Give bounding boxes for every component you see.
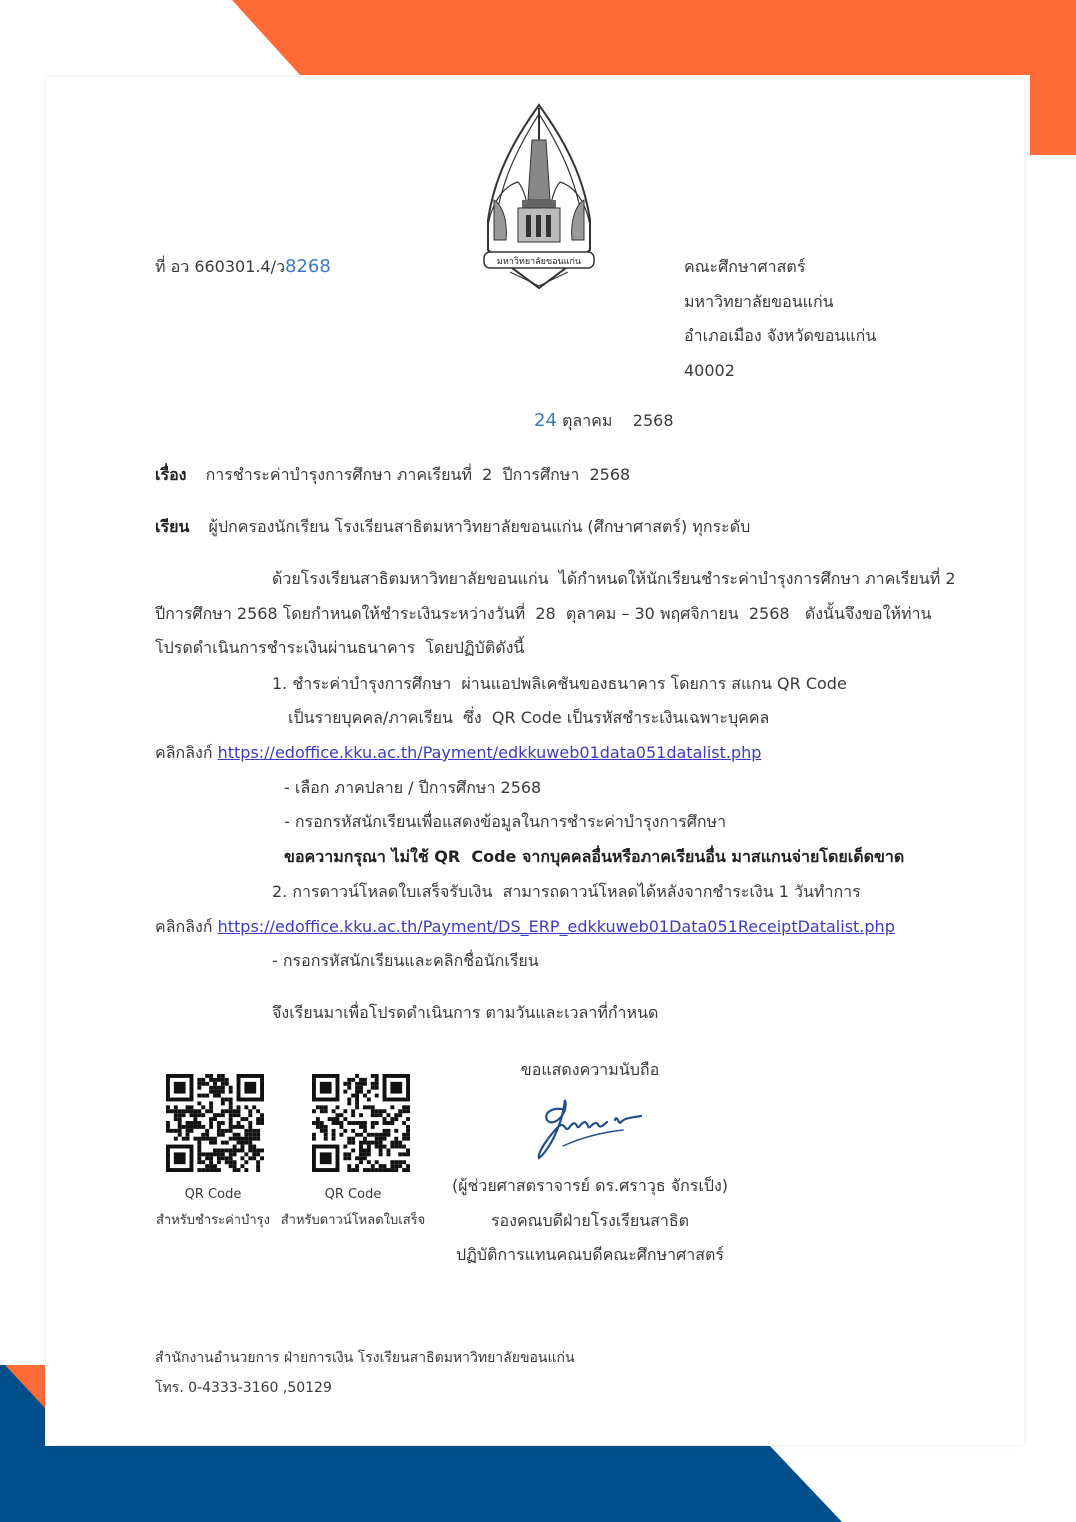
payment-link[interactable]: https://edoffice.kku.ac.th/Payment/edkku…: [218, 743, 762, 762]
step-select-semester: - เลือก ภาคปลาย / ปีการศึกษา 2568: [284, 778, 541, 798]
step-enter-student-id: - กรอกรหัสนักเรียนเพื่อแสดงข้อมูลในการชำ…: [284, 812, 726, 832]
qr-title: QR Code: [148, 1186, 278, 1204]
address-line: อำเภอเมือง จังหวัดขอนแก่น: [684, 326, 876, 346]
subject-label: เรื่อง: [155, 465, 186, 484]
receipt-link-line: คลิกลิงก์ https://edoffice.kku.ac.th/Pay…: [155, 917, 895, 937]
body-paragraph-line: โปรดดำเนินการชำระเงินผ่านธนาคาร โดยปฏิบั…: [155, 638, 524, 658]
click-link-label: คลิกลิงก์: [155, 743, 213, 762]
signatory-name: (ผู้ช่วยศาสตราจารย์ ดร.ศราวุธ จักรเป็ง): [440, 1176, 740, 1196]
click-link-label: คลิกลิงก์: [155, 917, 213, 936]
payment-qr-code[interactable]: [161, 1074, 269, 1172]
footer-phone: โทร. 0-4333-3160 ,50129: [155, 1378, 332, 1398]
date-month-year: ตุลาคม 2568: [562, 411, 674, 430]
address-line: 40002: [684, 361, 735, 381]
reference-prefix: ที่ อว 660301.4/ว: [155, 257, 285, 276]
recipient-label: เรียน: [155, 517, 189, 536]
reference-number: ที่ อว 660301.4/ว8268: [155, 257, 331, 277]
qr-title: QR Code: [280, 1186, 426, 1204]
receipt-qr-code[interactable]: [307, 1074, 415, 1172]
reference-number-value: 8268: [285, 256, 331, 277]
body-paragraph-line: ปีการศึกษา 2568 โดยกำหนดให้ชำระเงินระหว่…: [155, 604, 931, 624]
svg-text:มหาวิทยาลัยขอนแก่น: มหาวิทยาลัยขอนแก่น: [497, 256, 581, 267]
qr-description: สำหรับชำระค่าบำรุง: [148, 1212, 278, 1230]
warning-text: ขอความกรุณา ไม่ใช้ QR Code จากบุคคลอื่นห…: [284, 847, 904, 867]
recipient-line: เรียน ผู้ปกครองนักเรียน โรงเรียนสาธิตมหา…: [155, 517, 750, 537]
signatory-acting-position: ปฏิบัติการแทนคณบดีคณะศึกษาศาสตร์: [440, 1245, 740, 1265]
qr-caption-receipt: QR Code สำหรับดาวน์โหลดใบเสร็จ: [280, 1186, 426, 1230]
subject-text: การชำระค่าบำรุงการศึกษา ภาคเรียนที่ 2 ปี…: [206, 465, 631, 484]
footer-office: สำนักงานอำนวยการ ฝ่ายการเงิน โรงเรียนสาธ…: [155, 1348, 575, 1368]
instruction-item-1: 1. ชำระค่าบำรุงการศึกษา ผ่านแอปพลิเคชันข…: [272, 674, 847, 694]
step-enter-student-id-receipt: - กรอกรหัสนักเรียนและคลิกชื่อนักเรียน: [272, 951, 539, 971]
recipient-text: ผู้ปกครองนักเรียน โรงเรียนสาธิตมหาวิทยาล…: [208, 517, 750, 536]
body-paragraph-line: ด้วยโรงเรียนสาธิตมหาวิทยาลัยขอนแก่น ได้ก…: [272, 569, 956, 589]
payment-link-line: คลิกลิงก์ https://edoffice.kku.ac.th/Pay…: [155, 743, 761, 763]
address-line: มหาวิทยาลัยขอนแก่น: [684, 292, 834, 312]
signatory-position: รองคณบดีฝ่ายโรงเรียนสาธิต: [440, 1211, 740, 1231]
qr-caption-payment: QR Code สำหรับชำระค่าบำรุง: [148, 1186, 278, 1230]
instruction-item-2: 2. การดาวน์โหลดใบเสร็จรับเงิน สามารถดาวน…: [272, 882, 861, 902]
date-day: 24: [534, 410, 557, 431]
receipt-link[interactable]: https://edoffice.kku.ac.th/Payment/DS_ER…: [218, 917, 895, 936]
university-logo: มหาวิทยาลัยขอนแก่น: [480, 100, 598, 290]
salutation: ขอแสดงความนับถือ: [460, 1060, 720, 1080]
instruction-item-1-detail: เป็นรายบุคคล/ภาคเรียน ซึ่ง QR Code เป็นร…: [288, 708, 769, 728]
letter-date: 24 ตุลาคม 2568: [534, 411, 674, 431]
signature-image: [535, 1092, 655, 1162]
subject-line: เรื่อง การชำระค่าบำรุงการศึกษา ภาคเรียนท…: [155, 465, 630, 485]
qr-description: สำหรับดาวน์โหลดใบเสร็จ: [280, 1212, 426, 1230]
address-line: คณะศึกษาศาสตร์: [684, 257, 805, 277]
closing-sentence: จึงเรียนมาเพื่อโปรดดำเนินการ ตามวันและเว…: [272, 1003, 658, 1023]
